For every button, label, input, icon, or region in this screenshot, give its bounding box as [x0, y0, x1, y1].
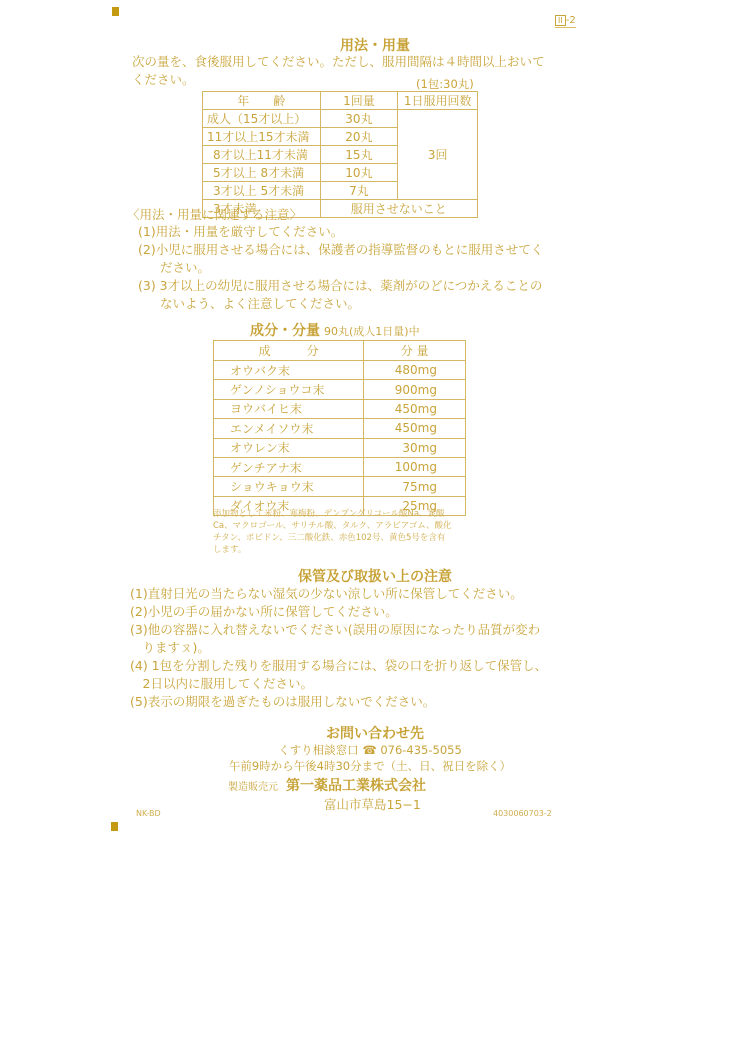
dosage-table-header: 年 齢 1回量 1日服用回数	[203, 92, 478, 110]
registration-mark-bottom	[111, 822, 118, 831]
table-row: オウバク末480mg	[214, 361, 466, 380]
age-cell: 3才以上 5才未満	[203, 182, 321, 200]
dose-cell: 服用させないこと	[320, 200, 477, 218]
header-times: 1日服用回数	[398, 92, 478, 110]
additives-line3: チタン、ポビドン、三二酸化鉄、赤色102号、黄色5号を含有	[213, 532, 445, 544]
storage-line-4-cont: 2日以内に服用してください。	[130, 675, 313, 693]
dose-cell: 7丸	[320, 182, 398, 200]
ingredients-title: 成分・分量	[250, 323, 320, 339]
header-dose: 1回量	[320, 92, 398, 110]
caution-item-2-cont: ださい。	[160, 259, 210, 277]
ingredient-amount: 450mg	[364, 419, 466, 438]
ingredient-name: ゲンチアナ末	[214, 457, 364, 476]
table-row: ゲンノショウコ末900mg	[214, 380, 466, 399]
ingredients-table: 成 分 分 量 オウバク末480mg ゲンノショウコ末900mg ヨウバイヒ末4…	[213, 340, 466, 516]
document-page: II-2 用法・用量 次の量を、食後服用してください。ただし、服用間隔は４時間以…	[0, 0, 750, 1061]
header-age: 年 齢	[203, 92, 321, 110]
caution-item-1: (1)用法・用量を厳守してください。	[138, 223, 343, 241]
usage-cautions-heading: 〈用法・用量に関連する注意〉	[127, 206, 302, 224]
storage-line-3: (3)他の容器に入れ替えないでください(誤用の原因になったり品質が変わ	[130, 621, 540, 639]
ingredients-title-row: 成分・分量 90丸(成人1日量)中	[250, 322, 420, 341]
table-row: ショウキョウ末75mg	[214, 477, 466, 496]
age-cell: 5才以上 8才未満	[203, 164, 321, 182]
table-row: ヨウバイヒ末450mg	[214, 399, 466, 418]
ingredients-table-header: 成 分 分 量	[214, 341, 466, 361]
table-row: 成人（15才以上） 30丸 3回	[203, 110, 478, 128]
dose-cell: 20丸	[320, 128, 398, 146]
page-code: II-2	[555, 15, 576, 28]
usage-title: 用法・用量	[0, 35, 750, 55]
ingredient-name: ヨウバイヒ末	[214, 399, 364, 418]
ingredient-name: ショウキョウ末	[214, 477, 364, 496]
header-ingredient: 成 分	[214, 341, 364, 361]
dose-cell: 15丸	[320, 146, 398, 164]
caution-item-3: (3) 3才以上の幼児に服用させる場合には、薬剤がのどにつかえることの	[138, 277, 542, 295]
usage-intro-line2: ください。	[132, 71, 195, 89]
dosage-table: 年 齢 1回量 1日服用回数 成人（15才以上） 30丸 3回 11才以上15才…	[202, 91, 478, 218]
additives-line2: Ca、マクロゴール、サリチル酸、タルク、アラビアゴム、酸化	[213, 520, 452, 532]
age-cell: 成人（15才以上）	[203, 110, 321, 128]
age-cell: 8才以上11才未満	[203, 146, 321, 164]
usage-intro-line1: 次の量を、食後服用してください。ただし、服用間隔は４時間以上おいて	[132, 53, 545, 71]
additives-line1: 添加物として米粉、寒梅粉、デンプングリコール酸Na、炭酸	[213, 508, 445, 520]
ingredient-amount: 480mg	[364, 361, 466, 380]
table-row: オウレン末30mg	[214, 438, 466, 457]
ingredient-name: オウバク末	[214, 361, 364, 380]
ingredient-amount: 75mg	[364, 477, 466, 496]
header-amount: 分 量	[364, 341, 466, 361]
storage-line-4: (4) 1包を分割した残りを服用する場合には、袋の口を折り返して保管し、	[130, 657, 547, 675]
maker-label: 製造販売元	[228, 782, 278, 793]
storage-line-2: (2)小児の手の届かない所に保管してください。	[130, 603, 398, 621]
page-code-box: II	[555, 15, 566, 26]
maker-name: 第一薬品工業株式会社	[286, 778, 426, 794]
footer-right-code: 4030060703-2	[493, 808, 552, 820]
ingredient-amount: 30mg	[364, 438, 466, 457]
dose-cell: 10丸	[320, 164, 398, 182]
page-code-suffix: -2	[566, 15, 576, 26]
ingredient-name: エンメイソウ末	[214, 419, 364, 438]
times-cell: 3回	[398, 110, 478, 200]
maker-row: 製造販売元 第一薬品工業株式会社	[228, 777, 426, 797]
contact-hours: 午前9時から午後4時30分まで（土、日、祝日を除く）	[0, 757, 745, 775]
storage-line-1: (1)直射日光の当たらない湿気の少ない涼しい所に保管してください。	[130, 585, 523, 603]
caution-item-2: (2)小児に服用させる場合には、保護者の指導監督のもとに服用させてく	[138, 241, 543, 259]
storage-title: 保管及び取扱い上の注意	[0, 566, 750, 586]
ingredients-subtitle: 90丸(成人1日量)中	[324, 325, 420, 338]
maker-address: 富山市草島15−1	[324, 796, 421, 814]
footer-left-code: NK-BD	[136, 808, 161, 820]
dose-cell: 30丸	[320, 110, 398, 128]
ingredient-amount: 100mg	[364, 457, 466, 476]
registration-mark-top	[112, 7, 119, 16]
contact-title: お問い合わせ先	[0, 723, 750, 743]
additives-line4: します。	[213, 544, 246, 556]
table-row: エンメイソウ末450mg	[214, 419, 466, 438]
ingredient-name: ゲンノショウコ末	[214, 380, 364, 399]
caution-item-3-cont: ないよう、よく注意してください。	[160, 295, 360, 313]
storage-line-5: (5)表示の期限を過ぎたものは服用しないでください。	[130, 693, 435, 711]
ingredient-name: オウレン末	[214, 438, 364, 457]
ingredient-amount: 900mg	[364, 380, 466, 399]
age-cell: 11才以上15才未満	[203, 128, 321, 146]
storage-line-3-cont: りますㄡ)。	[130, 639, 210, 657]
table-row: ゲンチアナ末100mg	[214, 457, 466, 476]
ingredient-amount: 450mg	[364, 399, 466, 418]
